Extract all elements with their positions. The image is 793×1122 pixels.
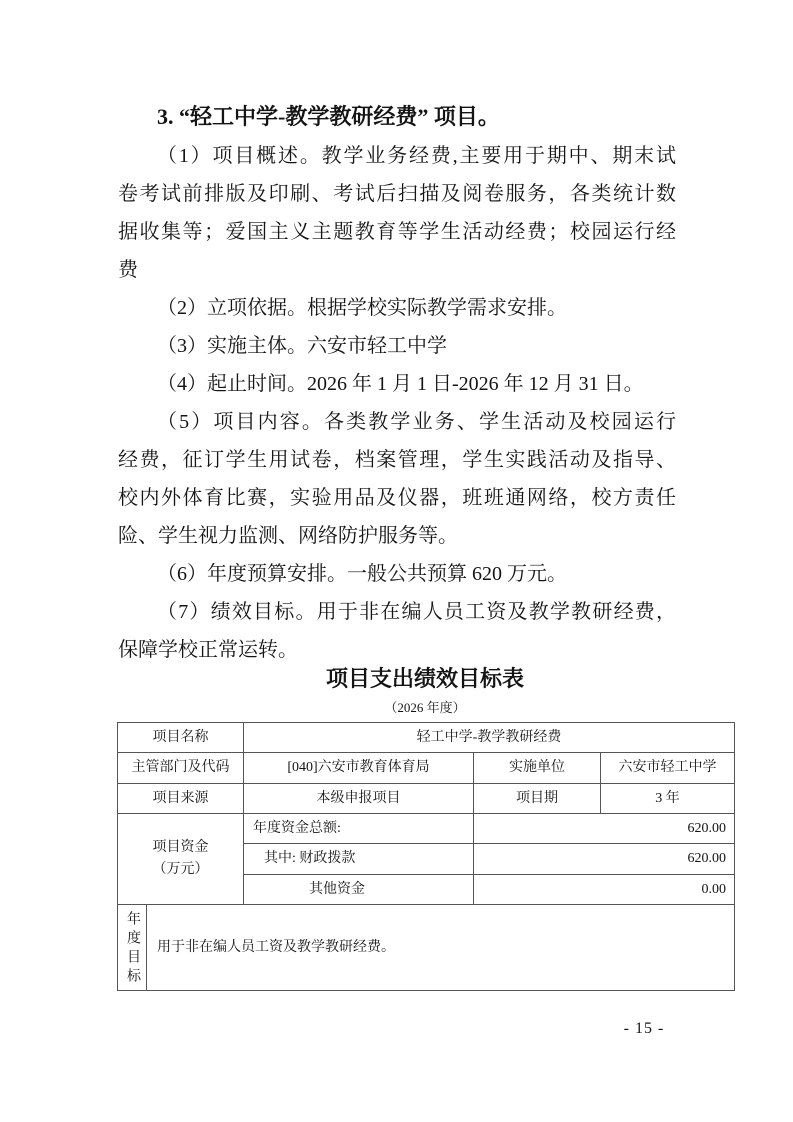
implementing-unit-value: 六安市轻工中学	[601, 753, 734, 784]
project-source-value: 本级申报项目	[244, 784, 474, 814]
body-line: 卷考试前排版及印刷、考试后扫描及阅卷服务，各类统计数	[118, 175, 676, 213]
project-funds-label: 项目资金 （万元）	[118, 814, 244, 905]
body-line: （5）项目内容。各类教学业务、学生活动及校园运行	[118, 403, 676, 441]
project-funds-label-line2: （万元）	[153, 859, 209, 881]
project-name-label: 项目名称	[118, 723, 244, 753]
project-name-value: 轻工中学-教学教研经费	[244, 723, 734, 753]
body-line: （2）立项依据。根据学校实际教学需求安排。	[118, 289, 676, 327]
body-line: （7）绩效目标。用于非在编人员工资及教学教研经费，	[118, 593, 676, 631]
body-line: （6）年度预算安排。一般公共预算 620 万元。	[118, 555, 676, 593]
funds-fiscal-label: 其中: 财政拨款	[244, 844, 474, 875]
funds-other-label: 其他资金	[244, 875, 474, 905]
performance-target-table: 项目名称 轻工中学-教学教研经费 主管部门及代码 [040]六安市教育体育局 实…	[117, 722, 735, 991]
table-subtitle: （2026 年度）	[117, 699, 733, 717]
body-text-block: 3. “轻工中学-教学教研经费” 项目。 （1）项目概述。教学业务经费,主要用于…	[118, 97, 676, 669]
funds-other-value: 0.00	[474, 875, 734, 905]
body-line: （3）实施主体。六安市轻工中学	[118, 327, 676, 365]
body-line: 费	[118, 251, 676, 289]
table-title: 项目支出绩效目标表	[117, 663, 733, 695]
body-line: （1）项目概述。教学业务经费,主要用于期中、期末试	[118, 137, 676, 175]
annual-goal-label: 年度目标	[123, 909, 141, 987]
project-period-label: 项目期	[474, 784, 601, 814]
funds-fiscal-value: 620.00	[474, 844, 734, 875]
annual-goal-value: 用于非在编人员工资及教学教研经费。	[147, 905, 734, 990]
body-line: 校内外体育比赛，实验用品及仪器，班班通网络，校方责任	[118, 479, 676, 517]
implementing-unit-label: 实施单位	[474, 753, 601, 784]
funds-total-label: 年度资金总额:	[244, 814, 474, 844]
annual-goal-label-cell: 年度目标	[118, 905, 147, 990]
project-funds-label-line1: 项目资金	[153, 837, 209, 859]
section-heading: 3. “轻工中学-教学教研经费” 项目。	[118, 97, 676, 137]
department-label: 主管部门及代码	[118, 753, 244, 784]
project-source-label: 项目来源	[118, 784, 244, 814]
department-value: [040]六安市教育体育局	[244, 753, 474, 784]
page-number: - 15 -	[604, 1019, 684, 1039]
body-line: 险、学生视力监测、网络防护服务等。	[118, 517, 676, 555]
body-line: 据收集等；爱国主义主题教育等学生活动经费；校园运行经	[118, 213, 676, 251]
body-line: 经费，征订学生用试卷，档案管理，学生实践活动及指导、	[118, 441, 676, 479]
funds-total-value: 620.00	[474, 814, 734, 844]
document-page: 3. “轻工中学-教学教研经费” 项目。 （1）项目概述。教学业务经费,主要用于…	[0, 0, 793, 1122]
body-line: （4）起止时间。2026 年 1 月 1 日-2026 年 12 月 31 日。	[118, 365, 676, 403]
project-period-value: 3 年	[601, 784, 734, 814]
